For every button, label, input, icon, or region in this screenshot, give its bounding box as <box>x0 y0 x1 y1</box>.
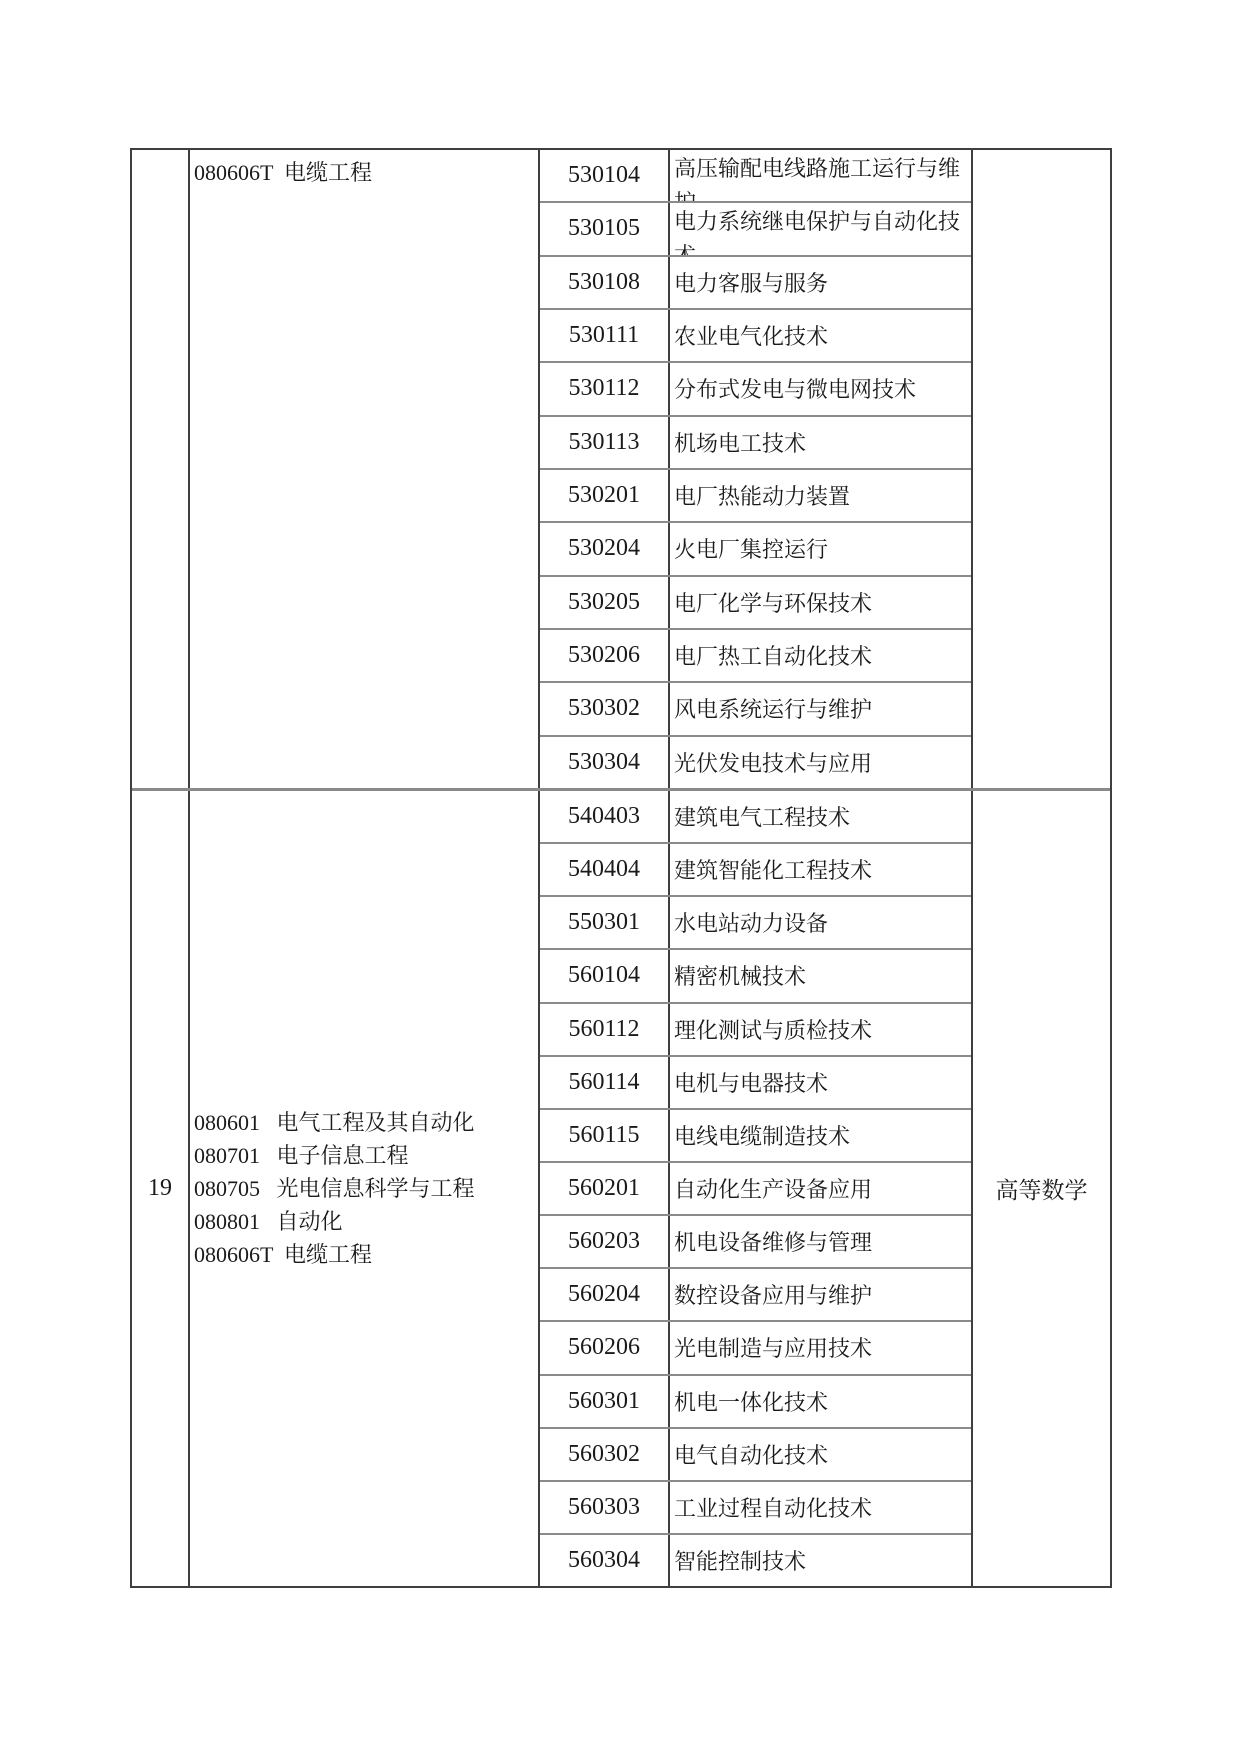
specialty-code: 530302 <box>540 683 670 734</box>
undergraduate-majors-cell: 080601 电气工程及其自动化080701 电子信息工程080705 光电信息… <box>190 791 540 1586</box>
undergraduate-major: 080801 自动化 <box>194 1205 475 1238</box>
specialty-name: 电厂化学与环保技术 <box>670 577 971 628</box>
table-row: 530111 农业电气化技术 <box>540 310 971 363</box>
specialty-code: 560304 <box>540 1535 670 1586</box>
specialty-code: 560206 <box>540 1322 670 1373</box>
specialty-code: 540403 <box>540 791 670 842</box>
specialty-code: 560115 <box>540 1110 670 1161</box>
table-row: 560303 工业过程自动化技术 <box>540 1482 971 1535</box>
exam-subject-cell <box>973 150 1110 788</box>
specialty-name: 机场电工技术 <box>670 417 971 468</box>
specialty-code: 530104 <box>540 150 670 201</box>
specialty-code: 560112 <box>540 1004 670 1055</box>
group-number <box>132 150 190 788</box>
specialty-code: 560114 <box>540 1057 670 1108</box>
table-row: 530108 电力客服与服务 <box>540 257 971 310</box>
specialty-name: 建筑智能化工程技术 <box>670 844 971 895</box>
specialty-code: 540404 <box>540 844 670 895</box>
specialty-code: 560303 <box>540 1482 670 1533</box>
specialty-code: 530113 <box>540 417 670 468</box>
specialty-name: 农业电气化技术 <box>670 310 971 361</box>
specialty-name: 光伏发电技术与应用 <box>670 737 971 788</box>
specialty-name: 分布式发电与微电网技术 <box>670 363 971 414</box>
table-row: 560304 智能控制技术 <box>540 1535 971 1586</box>
table-row: 530113 机场电工技术 <box>540 417 971 470</box>
table-row: 560114 电机与电器技术 <box>540 1057 971 1110</box>
table-row: 540403 建筑电气工程技术 <box>540 791 971 844</box>
specialty-name: 火电厂集控运行 <box>670 523 971 574</box>
specialty-code: 560302 <box>540 1429 670 1480</box>
table-row: 530112 分布式发电与微电网技术 <box>540 363 971 416</box>
specialty-code: 530105 <box>540 203 670 254</box>
specialty-name: 电厂热能动力装置 <box>670 470 971 521</box>
table-row: 530105 电力系统继电保护与自动化技术 <box>540 203 971 256</box>
specialty-code: 530111 <box>540 310 670 361</box>
specialty-name: 工业过程自动化技术 <box>670 1482 971 1533</box>
table-row: 560104 精密机械技术 <box>540 950 971 1003</box>
specialty-code: 530112 <box>540 363 670 414</box>
table-row: 560206 光电制造与应用技术 <box>540 1322 971 1375</box>
undergraduate-major: 080601 电气工程及其自动化 <box>194 1106 475 1139</box>
undergraduate-major: 080701 电子信息工程 <box>194 1139 475 1172</box>
specialty-name: 电厂热工自动化技术 <box>670 630 971 681</box>
specialty-name: 高压输配电线路施工运行与维护 <box>670 150 971 201</box>
specialty-name: 建筑电气工程技术 <box>670 791 971 842</box>
undergraduate-major: 080705 光电信息科学与工程 <box>194 1172 475 1205</box>
specialty-code: 560201 <box>540 1163 670 1214</box>
specialty-code: 560104 <box>540 950 670 1001</box>
undergraduate-major: 080606T 电缆工程 <box>194 156 372 189</box>
table-row: 530204 火电厂集控运行 <box>540 523 971 576</box>
table-row: 560203 机电设备维修与管理 <box>540 1216 971 1269</box>
table-row: 560204 数控设备应用与维护 <box>540 1269 971 1322</box>
specialty-code: 550301 <box>540 897 670 948</box>
undergraduate-major: 080606T 电缆工程 <box>194 1238 475 1271</box>
specialty-name: 风电系统运行与维护 <box>670 683 971 734</box>
exam-subjects-table: 080606T 电缆工程 530104 高压输配电线路施工运行与维护 53010… <box>130 148 1112 1588</box>
specialty-name: 数控设备应用与维护 <box>670 1269 971 1320</box>
specialty-rows: 540403 建筑电气工程技术 540404 建筑智能化工程技术 550301 … <box>540 791 973 1586</box>
table-row: 540404 建筑智能化工程技术 <box>540 844 971 897</box>
table-row: 530206 电厂热工自动化技术 <box>540 630 971 683</box>
table-row: 560201 自动化生产设备应用 <box>540 1163 971 1216</box>
specialty-name: 电力系统继电保护与自动化技术 <box>670 203 971 254</box>
table-row: 560301 机电一体化技术 <box>540 1376 971 1429</box>
specialty-code: 530205 <box>540 577 670 628</box>
specialty-code: 530206 <box>540 630 670 681</box>
specialty-name: 机电一体化技术 <box>670 1376 971 1427</box>
specialty-code: 530108 <box>540 257 670 308</box>
table-row: 560115 电线电缆制造技术 <box>540 1110 971 1163</box>
specialty-code: 560204 <box>540 1269 670 1320</box>
table-row: 560302 电气自动化技术 <box>540 1429 971 1482</box>
exam-subject-cell: 高等数学 <box>973 791 1110 1586</box>
specialty-code: 560203 <box>540 1216 670 1267</box>
table-row: 530304 光伏发电技术与应用 <box>540 737 971 788</box>
undergraduate-majors-list: 080606T 电缆工程 <box>190 150 372 189</box>
specialty-name: 电机与电器技术 <box>670 1057 971 1108</box>
specialty-name: 机电设备维修与管理 <box>670 1216 971 1267</box>
document-page: 080606T 电缆工程 530104 高压输配电线路施工运行与维护 53010… <box>0 0 1241 1754</box>
specialty-rows: 530104 高压输配电线路施工运行与维护 530105 电力系统继电保护与自动… <box>540 150 973 788</box>
undergraduate-majors-cell: 080606T 电缆工程 <box>190 150 540 788</box>
table-row: 530205 电厂化学与环保技术 <box>540 577 971 630</box>
undergraduate-majors-list: 080601 电气工程及其自动化080701 电子信息工程080705 光电信息… <box>190 1106 475 1271</box>
specialty-name: 智能控制技术 <box>670 1535 971 1586</box>
specialty-name: 水电站动力设备 <box>670 897 971 948</box>
specialty-name: 理化测试与质检技术 <box>670 1004 971 1055</box>
specialty-code: 530204 <box>540 523 670 574</box>
specialty-name: 光电制造与应用技术 <box>670 1322 971 1373</box>
table-row: 530201 电厂热能动力装置 <box>540 470 971 523</box>
table-group: 19 080601 电气工程及其自动化080701 电子信息工程080705 光… <box>132 791 1110 1586</box>
specialty-name: 自动化生产设备应用 <box>670 1163 971 1214</box>
specialty-code: 530304 <box>540 737 670 788</box>
table-group: 080606T 电缆工程 530104 高压输配电线路施工运行与维护 53010… <box>132 150 1110 791</box>
table-row: 530302 风电系统运行与维护 <box>540 683 971 736</box>
specialty-name: 电力客服与服务 <box>670 257 971 308</box>
specialty-name: 精密机械技术 <box>670 950 971 1001</box>
specialty-code: 530201 <box>540 470 670 521</box>
table-row: 550301 水电站动力设备 <box>540 897 971 950</box>
specialty-name: 电线电缆制造技术 <box>670 1110 971 1161</box>
specialty-code: 560301 <box>540 1376 670 1427</box>
table-row: 560112 理化测试与质检技术 <box>540 1004 971 1057</box>
table-row: 530104 高压输配电线路施工运行与维护 <box>540 150 971 203</box>
specialty-name: 电气自动化技术 <box>670 1429 971 1480</box>
group-number: 19 <box>132 791 190 1586</box>
